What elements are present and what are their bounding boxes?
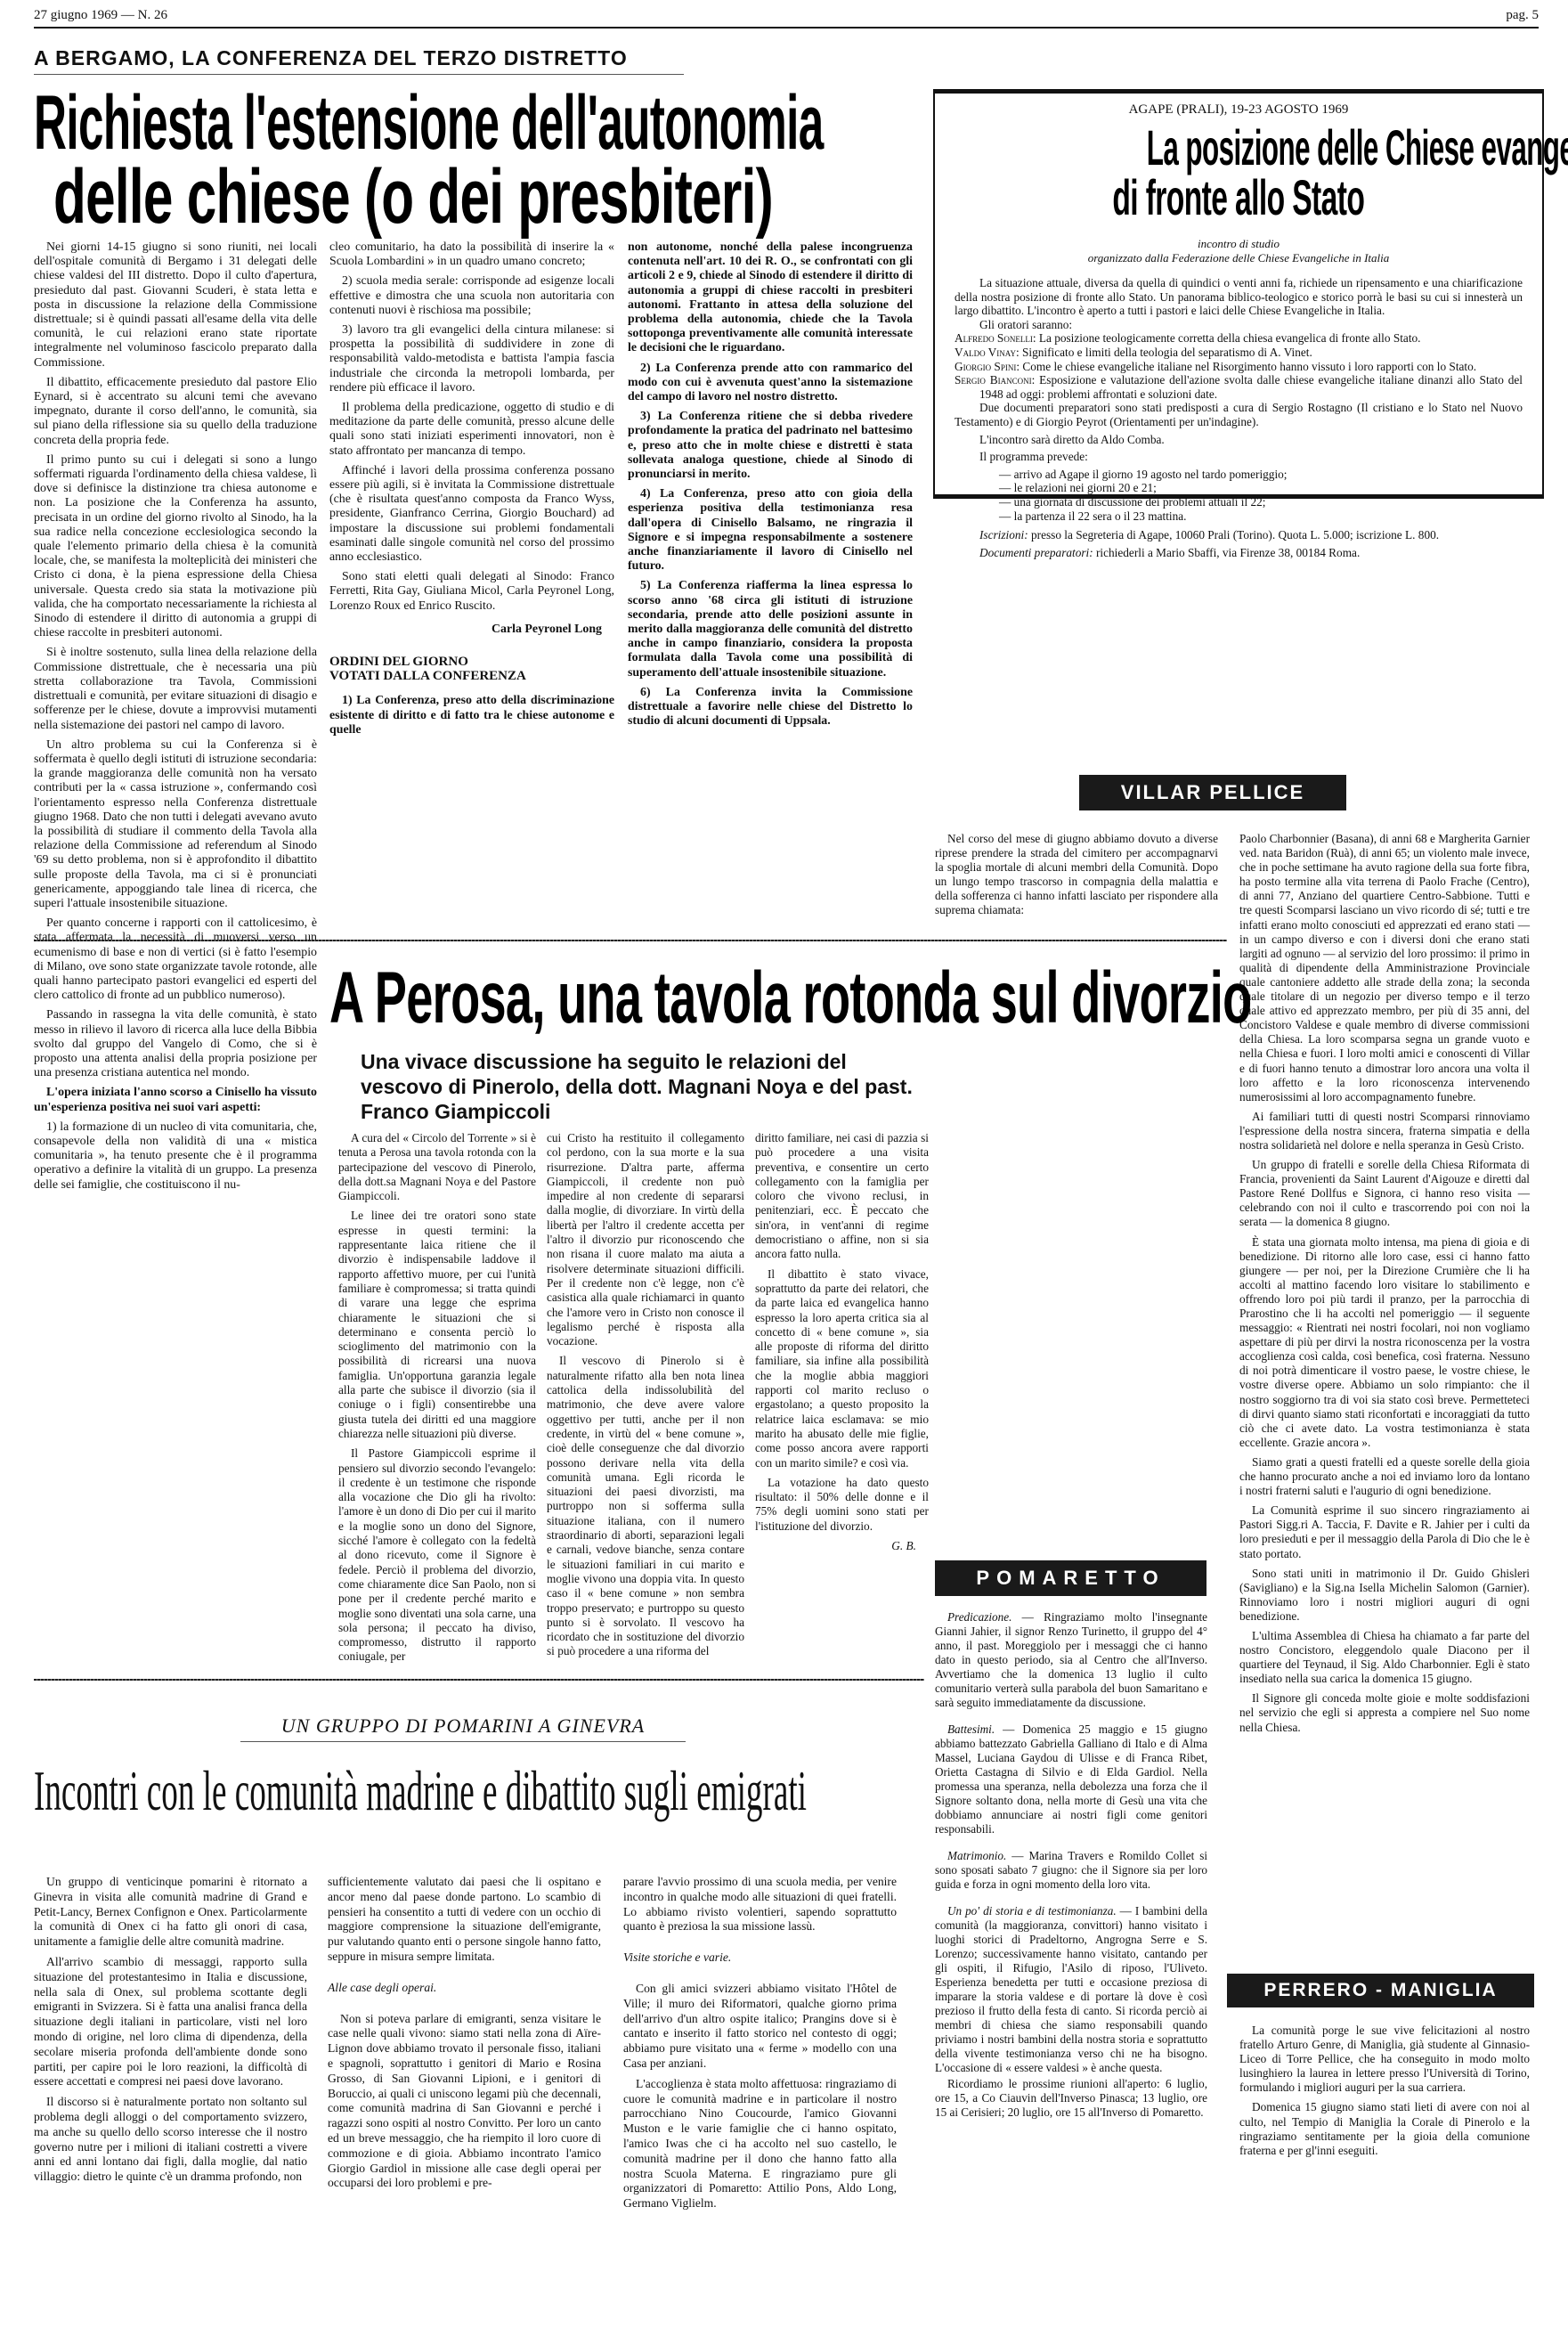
paragraph: Sono stati eletti quali delegati al Sino… (329, 570, 614, 614)
paragraph: Nei giorni 14-15 giugno si sono riuniti,… (34, 240, 317, 371)
agape-documents: Due documenti preparatori sono stati pre… (955, 401, 1523, 428)
page-number: pag. 5 (1506, 8, 1539, 23)
paragraph: cui Cristo ha restituito il collegamento… (547, 1131, 744, 1348)
iscrizioni-text: presso la Segreteria di Agape, 10060 Pra… (1031, 528, 1439, 542)
paragraph: 4) La Conferenza, preso atto con gioia d… (628, 487, 913, 574)
paragraph: 3) La Conferenza ritiene che si debba ri… (628, 410, 913, 482)
entry-text: — Ringraziamo molto l'insegnante Gianni … (935, 1610, 1207, 1709)
article-autonomia-headline-2: delle chiese (o dei presbiteri) (53, 159, 944, 230)
article-perosa-headline: A Perosa, una tavola rotonda sul divorzi… (329, 962, 1229, 1033)
paragraph: Con gli amici svizzeri abbiamo visitato … (623, 1982, 897, 2072)
article-autonomia-headline-1: Richiesta l'estensione dell'autonomia (34, 85, 924, 156)
paragraph: Si è inoltre sostenuto, sulla linea dell… (34, 646, 317, 732)
paragraph: Il vescovo di Pinerolo si è naturalmente… (547, 1354, 744, 1658)
paragraph: Il problema della predicazione, oggetto … (329, 401, 614, 459)
agape-subtitle-2: organizzato dalla Federazione delle Chie… (955, 251, 1523, 265)
article-autonomia-kicker: A BERGAMO, LA CONFERENZA DEL TERZO DISTR… (34, 46, 684, 75)
paragraph: sufficientemente valutato dai paesi che … (328, 1875, 601, 1965)
article-perosa-col-1: A cura del « Circolo del Torrente » si è… (338, 1131, 536, 1670)
section-divider (34, 940, 1227, 941)
speaker-name: Giorgio Spini (955, 360, 1016, 373)
paragraph: 1) la formazione di un nucleo di vita co… (34, 1120, 317, 1193)
article-ginevra-col-3: parare l'avvio prossimo di una scuola me… (623, 1875, 897, 2217)
entry-text: — Domenica 25 maggio e 15 giugno abbiamo… (935, 1722, 1207, 1836)
paragraph: Le linee dei tre oratori sono state espr… (338, 1209, 536, 1441)
speaker-topic: La posizione teologicamente corretta del… (1039, 331, 1421, 345)
paragraph: 2) La Conferenza prende atto con rammari… (628, 362, 913, 405)
perrero-maniglia-body: La comunità porge le sue vive felicitazi… (1239, 2024, 1530, 2163)
paragraph: Il discorso si è naturalmente portato no… (34, 2095, 307, 2185)
headline-text: La posizione delle Chiese evangeliche (1147, 123, 1568, 173)
paragraph: 5) La Conferenza riafferma la linea espr… (628, 579, 913, 680)
agape-speaker: Sergio Bianconi: Esposizione e valutazio… (955, 373, 1523, 401)
agape-subtitle-1: incontro di studio (955, 237, 1523, 251)
program-item: — una giornata di discussione dei proble… (999, 495, 1523, 509)
speaker-name: Sergio Bianconi (955, 373, 1032, 387)
paragraph: Passando in rassegna la vita delle comun… (34, 1008, 317, 1080)
program-item: — le relazioni nei giorni 20 e 21; (999, 481, 1523, 495)
paragraph: A cura del « Circolo del Torrente » si è… (338, 1131, 536, 1203)
pomaretto-body: Predicazione. — Ringraziamo molto l'inse… (935, 1610, 1207, 2125)
article-autonomia-col-3: non autonome, nonché della palese incong… (628, 240, 913, 735)
entry-text: Ricordiamo le prossime riunioni all'aper… (935, 2077, 1207, 2119)
paragraph: Sono stati uniti in matrimonio il Dr. Gu… (1239, 1567, 1530, 1624)
agape-speakers-label: Gli oratori saranno: (955, 318, 1523, 332)
paragraph: Affinché i lavori della prossima confere… (329, 464, 614, 565)
paragraph: Un gruppo di fratelli e sorelle della Ch… (1239, 1158, 1530, 1229)
paragraph: Per quanto concerne i rapporti con il ca… (34, 916, 317, 1003)
paragraph: L'accoglienza è stata molto affettuosa: … (623, 2077, 897, 2211)
headline-text: delle chiese (o dei presbiteri) (53, 159, 773, 235)
documenti-text: richiederli a Mario Sbaffi, via Firenze … (1096, 546, 1360, 559)
paragraph: Il dibattito è stato vivace, soprattutto… (755, 1267, 929, 1470)
paragraph: Ai familiari tutti di questi nostri Scom… (1239, 1110, 1530, 1152)
paragraph: Non si poteva parlare di emigranti, senz… (328, 2012, 601, 2192)
agape-speaker: Alfredo Sonelli: La posizione teologicam… (955, 331, 1523, 346)
speaker-name: Alfredo Sonelli (955, 331, 1033, 345)
paragraph: parare l'avvio prossimo di una scuola me… (623, 1875, 897, 1934)
pomaretto-tag: POMARETTO (935, 1560, 1206, 1596)
section-divider (34, 1679, 924, 1681)
author-signature: Carla Peyronel Long (329, 623, 602, 637)
speaker-topic: Significato e limiti della teologia del … (1022, 346, 1312, 359)
article-ginevra-headline: Incontri con le comunità madrine e dibat… (34, 1759, 924, 1830)
agape-headline-2: di fronte allo Stato (955, 173, 1523, 228)
paragraph: La Comunità esprime il suo sincero ringr… (1239, 1503, 1530, 1560)
paragraph: non autonome, nonché della palese incong… (628, 240, 913, 356)
villar-pellice-tag: VILLAR PELLICE (1079, 775, 1346, 810)
issue-date: 27 giugno 1969 — N. 26 (34, 8, 167, 23)
article-autonomia-col-2: cleo comunitario, ha dato la possibilità… (329, 240, 614, 743)
entry-label: Battesimi. (947, 1722, 995, 1736)
article-autonomia-col-1: Nei giorni 14-15 giugno si sono riuniti,… (34, 240, 317, 1198)
paragraph: La comunità porge le sue vive felicitazi… (1239, 2024, 1530, 2095)
paragraph: cleo comunitario, ha dato la possibilità… (329, 240, 614, 269)
paragraph: Un gruppo di venticinque pomarini è rito… (34, 1875, 307, 1950)
subsection-heading: Alle case degli operai. (328, 1981, 601, 1996)
entry-text: — I bambini della comunità (la maggioran… (935, 1904, 1207, 2074)
agape-speaker: Valdo Vinay: Significato e limiti della … (955, 346, 1523, 360)
paragraph: 1) La Conferenza, preso atto della discr… (329, 694, 614, 737)
paragraph: L'opera iniziata l'anno scorso a Cinisel… (34, 1086, 317, 1114)
headline-text: Incontri con le comunità madrine e dibat… (34, 1759, 807, 1823)
agape-body: La situazione attuale, diversa da quella… (955, 276, 1523, 559)
paragraph: 2) scuola media serale: corrisponde ad e… (329, 274, 614, 318)
headline-text: di fronte allo Stato (1113, 173, 1365, 223)
agape-program-label: Il programma prevede: (955, 450, 1523, 464)
agape-speaker: Giorgio Spini: Come le chiese evangelich… (955, 360, 1523, 374)
article-ginevra-col-1: Un gruppo di venticinque pomarini è rito… (34, 1875, 307, 2190)
entry-label: Predicazione. (947, 1610, 1011, 1624)
headline-text: Richiesta l'estensione dell'autonomia (34, 85, 824, 161)
agape-headline-1: La posizione delle Chiese evangeliche (955, 123, 1523, 173)
headline-text: A Perosa, una tavola rotonda sul divorzi… (329, 962, 1251, 1035)
speaker-topic: Come le chiese evangeliche italiane nel … (1022, 360, 1476, 373)
agape-intro: La situazione attuale, diversa da quella… (955, 276, 1523, 318)
program-item: — la partenza il 22 sera o il 23 mattina… (999, 509, 1523, 524)
paragraph: 3) lavoro tra gli evangelici della cintu… (329, 323, 614, 395)
paragraph: diritto familiare, nei casi di pazzia si… (755, 1131, 929, 1262)
paragraph: Domenica 15 giugno siamo stati lieti di … (1239, 2100, 1530, 2157)
speaker-topic: Esposizione e valutazione dell'azione sv… (979, 373, 1523, 401)
article-ginevra-kicker: UN GRUPPO DI POMARINI A GINEVRA (240, 1714, 686, 1742)
article-perosa-col-2: cui Cristo ha restituito il collegamento… (547, 1131, 744, 1665)
perrero-maniglia-tag: PERRERO - MANIGLIA (1227, 1974, 1534, 2007)
article-ginevra-col-2: sufficientemente valutato dai paesi che … (328, 1875, 601, 2196)
documenti-label: Documenti preparatori: (979, 546, 1093, 559)
author-signature: G. B. (755, 1539, 929, 1553)
speaker-name: Valdo Vinay (955, 346, 1016, 359)
agape-announcement-box: AGAPE (PRALI), 19-23 AGOSTO 1969 La posi… (933, 89, 1544, 499)
article-perosa-subhead: Una vivace discussione ha seguito le rel… (361, 1049, 913, 1124)
paragraph: Il dibattito, efficacemente presieduto d… (34, 376, 317, 448)
paragraph: È stata una giornata molto intensa, ma p… (1239, 1235, 1530, 1450)
subsection-heading: Visite storiche e varie. (623, 1950, 897, 1966)
paragraph: Un altro problema su cui la Conferenza s… (34, 738, 317, 911)
iscrizioni-label: Iscrizioni: (979, 528, 1028, 542)
paragraph: All'arrivo scambio di messaggi, rapporto… (34, 1955, 307, 2089)
paragraph: 6) La Conferenza invita la Commissione d… (628, 686, 913, 729)
paragraph: Il Pastore Giampiccoli esprime il pensie… (338, 1446, 536, 1664)
paragraph: Il Signore gli conceda molte gioie e mol… (1239, 1691, 1530, 1734)
villar-pellice-col-2: Paolo Charbonnier (Basana), di anni 68 e… (1239, 832, 1530, 1740)
paragraph: Il primo punto su cui i delegati si sono… (34, 453, 317, 641)
program-item: — arrivo ad Agape il giorno 19 agosto ne… (999, 468, 1523, 482)
page-masthead: 27 giugno 1969 — N. 26 pag. 5 (34, 5, 1539, 29)
agape-dateline: AGAPE (PRALI), 19-23 AGOSTO 1969 (955, 102, 1523, 118)
agape-director: L'incontro sarà diretto da Aldo Comba. (955, 433, 1523, 447)
article-perosa-col-3: diritto familiare, nei casi di pazzia si… (755, 1131, 929, 1553)
villar-pellice-col-1: Nel corso del mese di giugno abbiamo dov… (935, 832, 1218, 924)
agape-program-list: — arrivo ad Agape il giorno 19 agosto ne… (972, 468, 1523, 523)
paragraph: La votazione ha dato questo risultato: i… (755, 1476, 929, 1534)
entry-label: Un po' di storia e di testimonianza. (947, 1904, 1117, 1918)
ordini-title-2: VOTATI DALLA CONFERENZA (329, 669, 614, 683)
paragraph: L'ultima Assemblea di Chiesa ha chiamato… (1239, 1629, 1530, 1686)
entry-label: Matrimonio. (947, 1849, 1006, 1862)
ordini-title-1: ORDINI DEL GIORNO (329, 655, 614, 669)
paragraph: Nel corso del mese di giugno abbiamo dov… (935, 832, 1218, 918)
paragraph: Siamo grati a questi fratelli ed a quest… (1239, 1455, 1530, 1498)
paragraph: Paolo Charbonnier (Basana), di anni 68 e… (1239, 832, 1530, 1104)
